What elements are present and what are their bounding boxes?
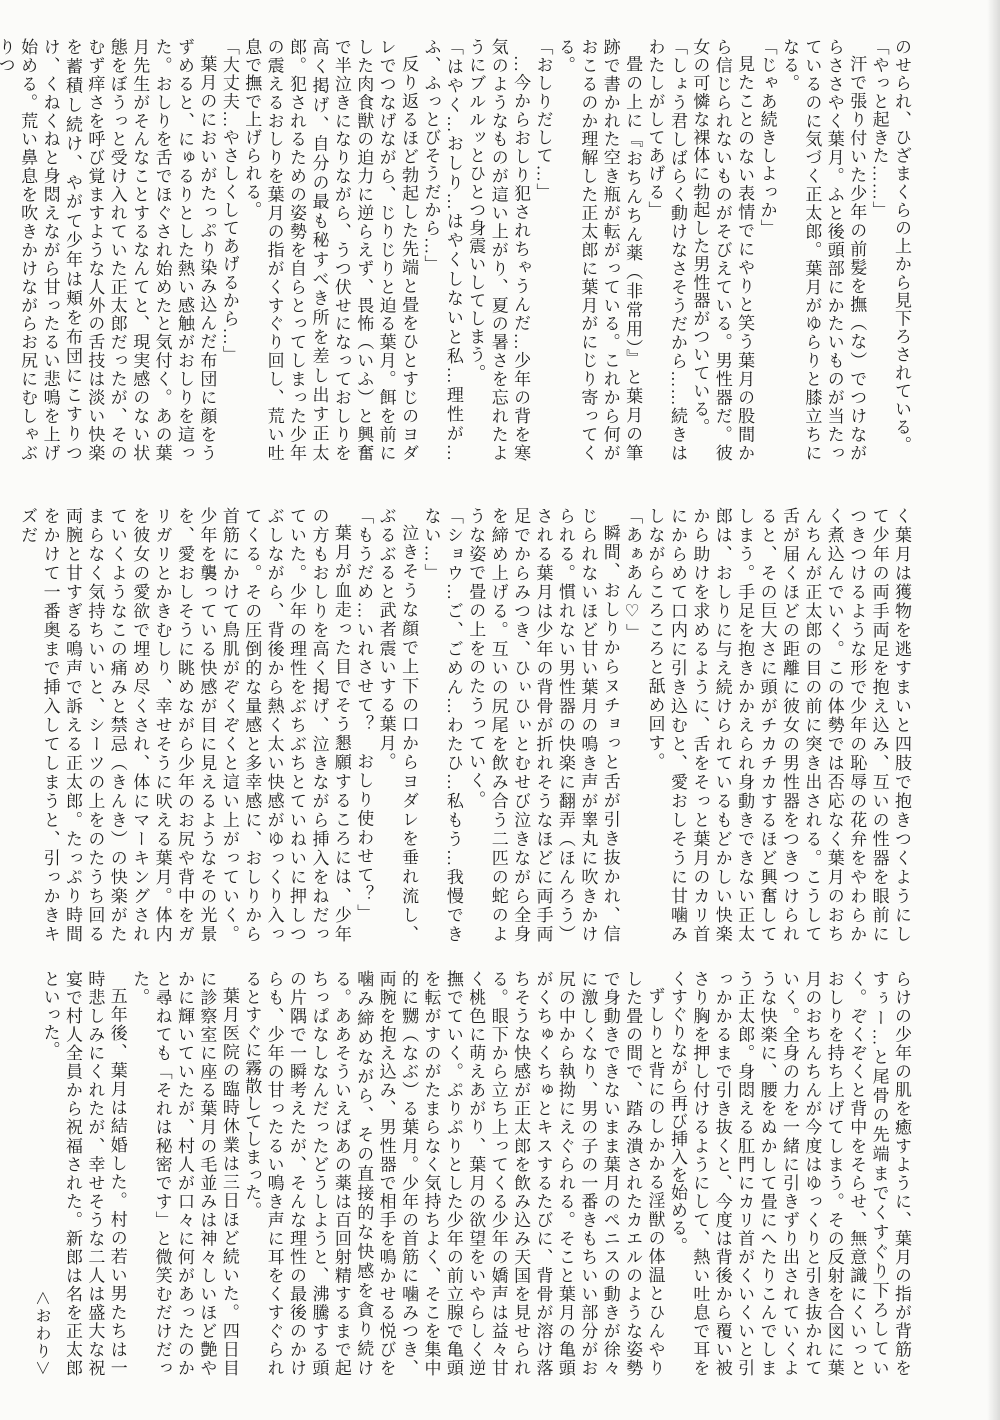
paragraph: 葉月医院の臨時休業は三日ほど続いた。四日目に診察室に座る葉月の毛並みは神々しいほ… bbox=[128, 970, 240, 1377]
end-marker: ＜おわり＞ bbox=[30, 1290, 53, 1380]
paragraph: 葉月のにおいがたっぷり染み込んだ布団に顔をうずめると、にゅるりとした熱い感触がお… bbox=[0, 38, 217, 462]
paragraph: 瞬間、おしりからヌチョっと舌が引き抜かれ、信じられないほど甘い葉月の鳴き声が睾丸… bbox=[464, 507, 621, 944]
text-block-bottom: らけの少年の肌を癒すように、葉月の指が背筋をすぅー…と尾骨の先端までくすぐり下ろ… bbox=[38, 970, 912, 1377]
paragraph: …今からおしり犯されちゃうんだ…少年の背を寒気のようなものが這い上がり、夏の暑さ… bbox=[464, 38, 531, 462]
paragraph: らけの少年の肌を癒すように、葉月の指が背筋をすぅー…と尾骨の先端までくすぐり下ろ… bbox=[666, 970, 912, 1377]
paragraph: 反り返るほど勃起した先端と畳をひとすじのヨダレでつなげながら、じりじりと迫る葉月… bbox=[240, 38, 419, 462]
paragraph: く葉月は獲物を逃すまいと四肢で抱きつくようにして少年の両手両足を抱え込み、互いの… bbox=[643, 507, 912, 944]
paragraph: のせられ、ひざまくらの上から見下ろされている。 bbox=[890, 38, 912, 462]
paragraph: 「あぁあん♡」 bbox=[621, 507, 643, 944]
paragraph: ずしりと背にのしかかる淫獣の体温とひんやりした畳の間で、踏み潰されたカエルのよう… bbox=[240, 970, 666, 1377]
paragraph: 「はやく…おしり…はやくしないと私…理性が…ふ、ふっとびそうだから…」 bbox=[419, 38, 464, 462]
page-edge-shadow bbox=[987, 0, 1000, 1420]
novel-page: のせられ、ひざまくらの上から見下ろされている。「やっと起きた……」汗で張り付いた… bbox=[0, 0, 1000, 1420]
text-block-middle: く葉月は獲物を逃すまいと四肢で抱きつくようにして少年の両手両足を抱え込み、互いの… bbox=[16, 507, 912, 944]
paragraph: 「じゃあ続きしよっか」 bbox=[755, 38, 777, 462]
paragraph: 汗で張り付いた少年の前髪を撫（な）でつけながらささやく葉月。ふと後頭部にかたいも… bbox=[778, 38, 868, 462]
paragraph: 泣きそうな顔で上下の口からヨダレを垂れ流し、ぶるぶると武者震いする葉月。 bbox=[374, 507, 419, 944]
paragraph: 「しょう君しばらく動けなさそうだから……続きはわたしがしてあげる」 bbox=[643, 38, 688, 462]
text-block-top: のせられ、ひざまくらの上から見下ろされている。「やっと起きた……」汗で張り付いた… bbox=[0, 38, 912, 462]
paragraph: 畳の上に『おちんちん薬（非常用）』と葉月の筆跡で書かれた空き瓶が転がっている。こ… bbox=[554, 38, 644, 462]
paragraph: 「おしりだして…」 bbox=[531, 38, 553, 462]
paragraph: 「やっと起きた……」 bbox=[867, 38, 889, 462]
paragraph: 「大丈夫…やさしくしてあげるから…」 bbox=[217, 38, 239, 462]
paragraph: 葉月が血走った目でそう懇願するころには、少年の方もおしりを高く掲げ、泣きながら挿… bbox=[16, 507, 352, 944]
paragraph: 「もうだめ…いれさせて？ おしり使わせて？」 bbox=[352, 507, 374, 944]
paragraph: 「ショウ…ご、ごめん…わたひ…私もう…我慢できない…」 bbox=[419, 507, 464, 944]
paragraph: 見たことのない表情でにやりと笑う葉月の股間から信じられないものがそびえている。男… bbox=[688, 38, 755, 462]
